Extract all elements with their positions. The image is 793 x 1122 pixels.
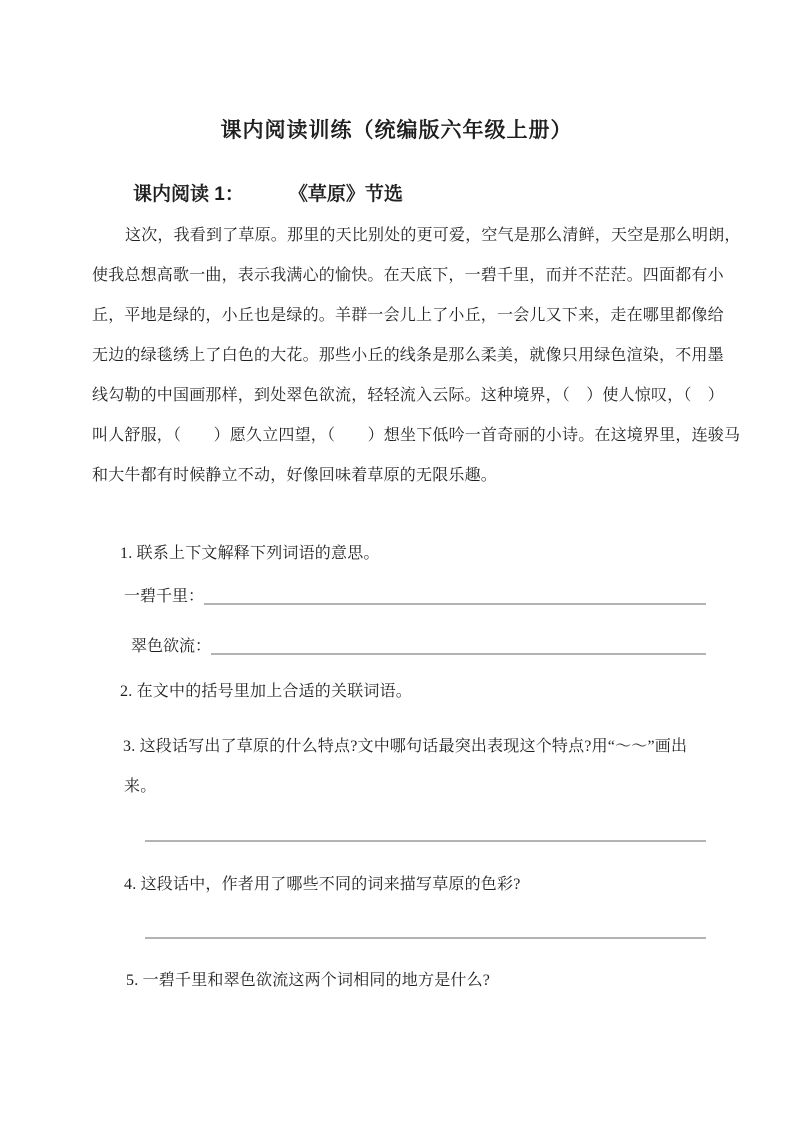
blank-label-cuiseyuliu: 翠色欲流：	[131, 636, 211, 657]
question-1: 1. 联系上下文解释下列词语的意思。	[120, 543, 380, 564]
section-heading: 课内阅读 1：《草原》节选	[133, 179, 403, 206]
answer-row-cuiseyuliu: 翠色欲流：	[131, 636, 706, 657]
answer-blank-line[interactable]	[211, 636, 706, 655]
passage-line: 这次，我看到了草原。那里的天比别处的更可爱，空气是那么清鲜，天空是那么明朗，	[92, 226, 710, 246]
passage-line: 无边的绿毯绣上了白色的大花。那些小丘的线条是那么柔美，就像只用绿色渲染，不用墨	[92, 346, 710, 366]
answer-blank-line[interactable]	[204, 586, 706, 605]
page-title: 课内阅读训练（统编版六年级上册）	[0, 114, 793, 144]
answer-rule-line[interactable]	[145, 937, 706, 939]
question-3-line2: 来。	[124, 776, 156, 797]
question-4: 4. 这段话中，作者用了哪些不同的词来描写草原的色彩?	[124, 874, 521, 895]
question-5: 5. 一碧千里和翠色欲流这两个词相同的地方是什么?	[126, 970, 490, 991]
question-2: 2. 在文中的括号里加上合适的关联词语。	[120, 681, 412, 702]
passage-line: 叫人舒服，（ ）愿久立四望，（ ）想坐下低吟一首奇丽的小诗。在这境界里，连骏马	[92, 426, 710, 446]
passage-line: 丘，平地是绿的，小丘也是绿的。羊群一会儿上了小丘，一会儿又下来，走在哪里都像给	[92, 306, 710, 326]
answer-rule-line[interactable]	[145, 840, 706, 842]
worksheet-page: 课内阅读训练（统编版六年级上册） 课内阅读 1：《草原》节选 这次，我看到了草原…	[0, 0, 793, 1122]
section-heading-label: 课内阅读 1：	[133, 184, 244, 205]
passage-line: 线勾勒的中国画那样，到处翠色欲流，轻轻流入云际。这种境界，（ ）使人惊叹，（ ）	[92, 386, 710, 406]
question-3-line1: 3. 这段话写出了草原的什么特点?文中哪句话最突出表现这个特点?用“～～”画出	[123, 736, 687, 757]
blank-label-yibiqianli: 一碧千里：	[124, 586, 204, 607]
passage-line: 和大牛都有时候静立不动，好像回味着草原的无限乐趣。	[92, 466, 710, 486]
answer-row-yibiqianli: 一碧千里：	[124, 586, 706, 607]
section-heading-title: 《草原》节选	[289, 184, 403, 205]
passage-line: 使我总想高歌一曲，表示我满心的愉快。在天底下，一碧千里，而并不茫茫。四面都有小	[92, 266, 710, 286]
